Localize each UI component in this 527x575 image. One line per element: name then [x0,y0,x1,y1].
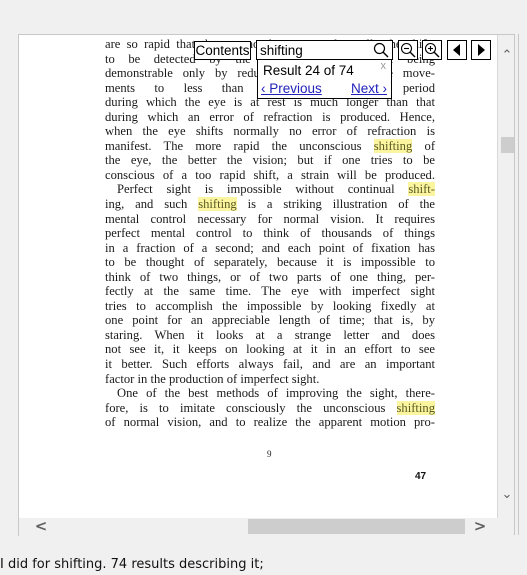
zoom-out-icon [400,42,416,58]
triangle-left-icon [449,42,465,58]
scroll-up-icon[interactable]: ⌃ [500,49,514,63]
text-line: during which an error of refraction is p… [105,110,435,125]
text-line: factor in the production of imperfect si… [105,372,435,387]
text-line: manifest. The more rapid the unconscious… [105,139,435,154]
search-icon[interactable] [373,42,389,58]
text-line: one point for an appreciable length of t… [105,313,435,328]
text-line: in a fraction of a second; and each poin… [105,241,435,256]
previous-result-link[interactable]: ‹ Previous [261,81,322,96]
frame-divider [518,34,519,535]
horizontal-scroll-thumb[interactable] [248,519,465,534]
text-line: perfect mental control to think of thous… [105,226,435,241]
text-line: it better. Such efforts always fail, and… [105,357,435,372]
triangle-right-icon [473,42,489,58]
scroll-down-icon[interactable]: ⌄ [500,488,514,502]
zoom-in-button[interactable] [422,40,442,60]
vertical-scrollbar[interactable]: ⌃ ⌄ [497,35,515,518]
next-result-link[interactable]: Next › [351,81,387,96]
search-box[interactable] [256,40,393,60]
text-line: tries to accomplish the impossible by lo… [105,299,435,314]
scroll-right-icon[interactable]: > [472,518,488,535]
caption-text: I did for shifting. 74 results describin… [0,557,264,572]
text-line: staring. When it looks at a strange lett… [105,328,435,343]
next-page-button[interactable] [471,40,491,60]
book-page: are so rapid that they cannot be seen, a… [19,35,497,518]
horizontal-scrollbar[interactable]: < > [19,518,497,535]
scroll-left-icon[interactable]: < [33,518,49,535]
search-highlight: shift- [408,182,435,196]
text-line: Perfect sight is impossible without cont… [105,182,435,197]
text-line: when the eye shifts normally no error of… [105,124,435,139]
vertical-scroll-thumb[interactable] [501,137,515,153]
text-line: mental control necessary for normal visi… [105,212,435,227]
text-line: conscious of a too rapid shift, a strain… [105,168,435,183]
search-result-count: Result 24 of 74 [263,63,354,78]
zoom-in-icon [424,42,440,58]
text-line: fore, is to imitate consciously the unco… [105,401,435,416]
folio-mark: 9 [267,449,272,459]
search-highlight: shifting [397,401,435,415]
search-results-popup: Result 24 of 74 x ‹ Previous Next › [257,59,392,99]
text-line: One of the best methods of improving the… [105,386,435,401]
text-line: fectly at the same time. The eye with im… [105,284,435,299]
frame-divider [514,34,515,535]
search-highlight: shifting [198,197,236,211]
text-line: think of two things, or of two parts of … [105,270,435,285]
text-line: of normal vision, and to realize the app… [105,415,435,430]
search-input[interactable] [260,41,370,59]
text-line: the eye, the better the vision; but if o… [105,153,435,168]
search-highlight: shifting [374,139,412,153]
contents-button[interactable]: Contents [194,41,251,60]
page-number: 47 [415,471,426,482]
text-line: not see it, it keeps on looking at it in… [105,342,435,357]
text-line: to be thought of separately, because it … [105,255,435,270]
previous-page-button[interactable] [447,40,467,60]
zoom-out-button[interactable] [398,40,418,60]
close-icon[interactable]: x [381,60,387,72]
text-line: ing, and such shifting is a striking ill… [105,197,435,212]
